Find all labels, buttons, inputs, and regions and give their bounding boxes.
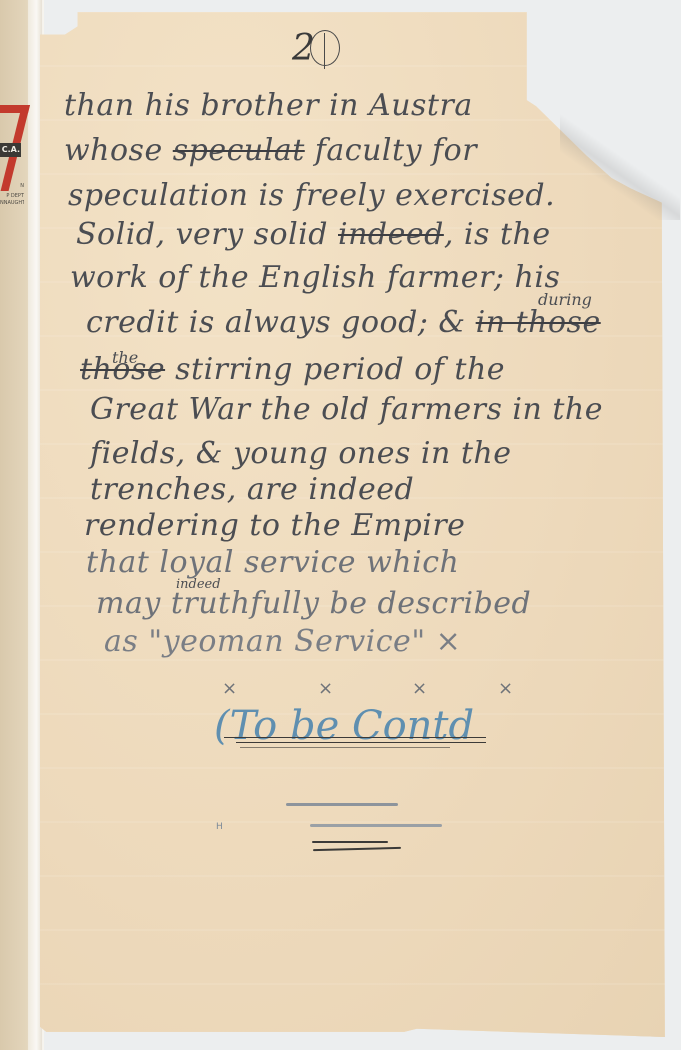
page-number: 2 [292, 28, 340, 69]
line-text: Solid, very solid [76, 217, 338, 252]
manuscript-line-3: speculation is freely exercised. [68, 178, 555, 214]
x-mark: × [222, 678, 237, 699]
manuscript-line-10: trenches, are indeed [90, 472, 414, 508]
end-rule [312, 841, 388, 843]
manuscript-line-7: those stirring period of the [80, 352, 505, 388]
manuscript-line-12: that loyal service which [86, 545, 459, 581]
manuscript-line-5: work of the English farmer; his [70, 260, 560, 296]
pencil-mark: H [216, 822, 223, 832]
manuscript-line-9: fields, & young ones in the [90, 436, 512, 472]
line-text: faculty for [305, 133, 477, 168]
manuscript-line-11: rendering to the Empire [84, 508, 465, 544]
manuscript-line-2: whose speculat faculty for [64, 133, 477, 169]
strike-line [224, 737, 486, 738]
corrected-digit-circle [310, 30, 340, 66]
line-text: whose [64, 133, 173, 168]
manuscript-line-6: credit is always good; & in those [86, 305, 601, 341]
manuscript-line-13: may truthfully be described [96, 586, 531, 622]
x-mark: × [412, 678, 427, 699]
line-text: truthfully be described [161, 586, 531, 621]
background-print-line: N [0, 183, 24, 190]
background-print-line: NNAUGHT [0, 200, 24, 207]
page-number-digit: 2 [292, 28, 312, 69]
manuscript-line-14: as "yeoman Service" × [104, 624, 461, 660]
line-text: may [96, 586, 161, 621]
struck-text: indeed [338, 217, 444, 252]
struck-text: speculat [173, 133, 305, 168]
end-rule [286, 803, 398, 806]
x-mark: × [318, 678, 333, 699]
line-text: credit is always good; & [86, 305, 476, 340]
strike-line [236, 742, 486, 743]
x-mark: × [498, 678, 513, 699]
background-sheet-edge [28, 0, 42, 1050]
manuscript-line-1: than his brother in Austra [64, 88, 473, 124]
manuscript-line-4: Solid, very solid indeed, is the [76, 217, 551, 253]
struck-text: in those [476, 305, 601, 340]
end-rule [310, 824, 442, 827]
manuscript-line-8: Great War the old farmers in the [90, 392, 603, 428]
line-text: , is the [444, 217, 551, 252]
background-print-line: P DEPT [0, 193, 24, 200]
section-break: × × × × [222, 678, 522, 702]
line-text: stirring period of the [165, 352, 505, 387]
logo-text: C.A. [0, 143, 21, 157]
struck-text: those [80, 352, 165, 387]
strike-line [240, 747, 450, 748]
